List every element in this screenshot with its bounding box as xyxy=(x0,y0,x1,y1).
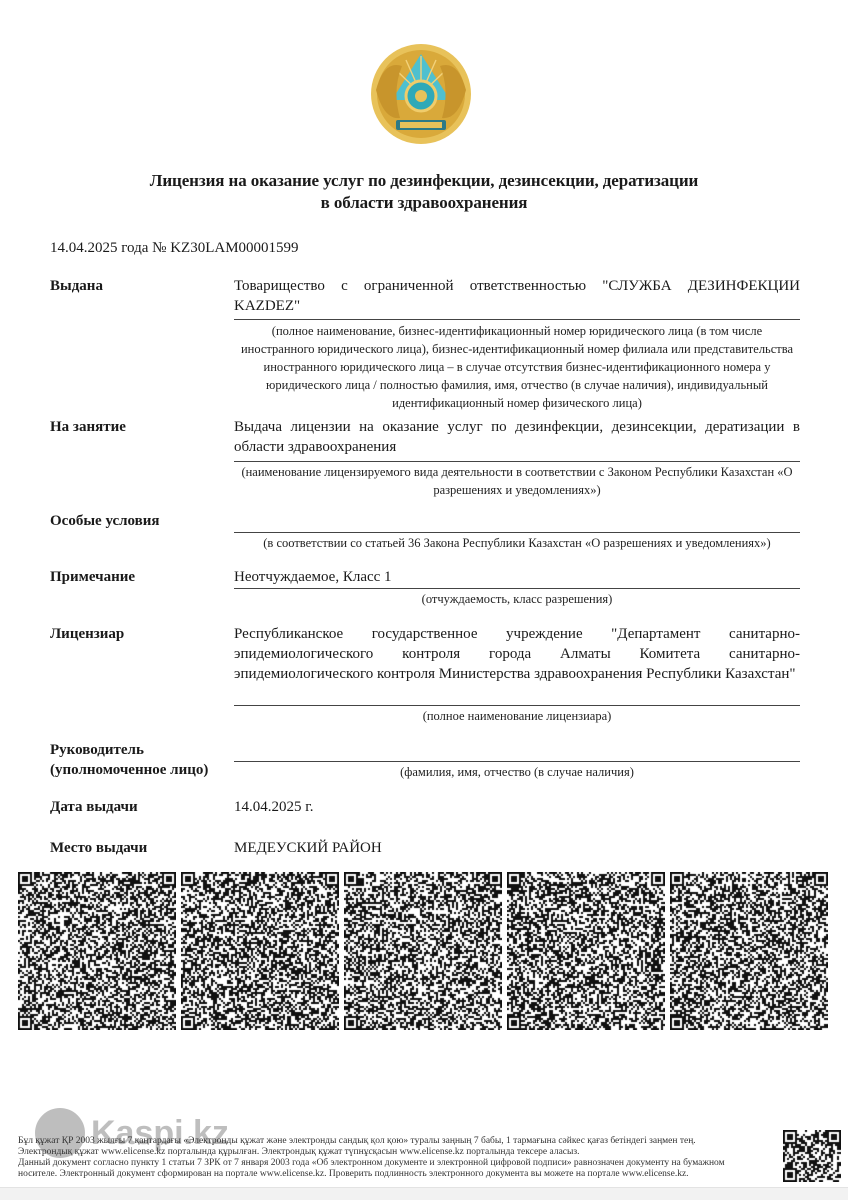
footer-line-2: Электрондық құжат www.elicense.kz портал… xyxy=(18,1147,778,1158)
licensor-rule xyxy=(234,705,800,706)
registration-number: 14.04.2025 года № KZ30LAM00001599 xyxy=(50,240,299,257)
issue-date-value: 14.04.2025 г. xyxy=(234,797,800,817)
footer-legal-text: Бұл құжат ҚР 2003 жылғы 7 қаңтардағы «Эл… xyxy=(18,1136,778,1180)
special-conditions-label: Особые условия xyxy=(50,511,160,531)
head-hint: (фамилия, имя, отчество (в случае наличи… xyxy=(234,763,800,781)
note-label: Примечание xyxy=(50,567,135,587)
qr-code-icon xyxy=(670,872,828,1030)
footer-line-1: Бұл құжат ҚР 2003 жылғы 7 қаңтардағы «Эл… xyxy=(18,1136,778,1147)
qr-code-icon xyxy=(344,872,502,1030)
activity-rule xyxy=(234,461,800,462)
note-value: Неотчуждаемое, Класс 1 xyxy=(234,567,800,587)
activity-value: Выдача лицензии на оказание услуг по дез… xyxy=(234,417,800,457)
title-line-2: в области здравоохранения xyxy=(60,192,788,214)
footer-line-3: Данный документ согласно пункту 1 статьи… xyxy=(18,1158,778,1169)
head-rule xyxy=(234,761,800,762)
note-rule xyxy=(234,588,800,589)
head-label: Руководитель (уполномоченное лицо) xyxy=(50,740,208,780)
special-conditions-rule xyxy=(234,532,800,533)
special-conditions-hint: (в соответствии со статьей 36 Закона Рес… xyxy=(234,534,800,552)
issue-date-label: Дата выдачи xyxy=(50,797,138,817)
qr-code-icon xyxy=(181,872,339,1030)
issued-to-label: Выдана xyxy=(50,276,103,296)
qr-code-row xyxy=(18,872,828,1032)
activity-hint: (наименование лицензируемого вида деятел… xyxy=(234,463,800,499)
note-hint: (отчуждаемость, класс разрешения) xyxy=(234,590,800,608)
head-label-line-2: (уполномоченное лицо) xyxy=(50,760,208,780)
title-line-1: Лицензия на оказание услуг по дезинфекци… xyxy=(60,170,788,192)
activity-label: На занятие xyxy=(50,417,126,437)
licensor-hint: (полное наименование лицензиара) xyxy=(234,707,800,725)
licensor-label: Лицензиар xyxy=(50,624,124,644)
bottom-band xyxy=(0,1187,848,1200)
licensor-value: Республиканское государственное учрежден… xyxy=(234,624,800,684)
state-emblem-icon xyxy=(362,40,480,148)
issue-place-label: Место выдачи xyxy=(50,838,147,858)
verification-qr-icon xyxy=(783,1130,841,1182)
qr-code-icon xyxy=(18,872,176,1030)
issued-to-rule xyxy=(234,319,800,320)
document-title: Лицензия на оказание услуг по дезинфекци… xyxy=(60,170,788,214)
footer-line-4: носителе. Электронный документ сформиров… xyxy=(18,1169,778,1180)
head-label-line-1: Руководитель xyxy=(50,740,208,760)
issue-place-value: МЕДЕУСКИЙ РАЙОН xyxy=(234,838,800,858)
issued-to-hint: (полное наименование, бизнес-идентификац… xyxy=(234,322,800,412)
qr-code-icon xyxy=(507,872,665,1030)
issued-to-value: Товарищество с ограниченной ответственно… xyxy=(234,276,800,316)
